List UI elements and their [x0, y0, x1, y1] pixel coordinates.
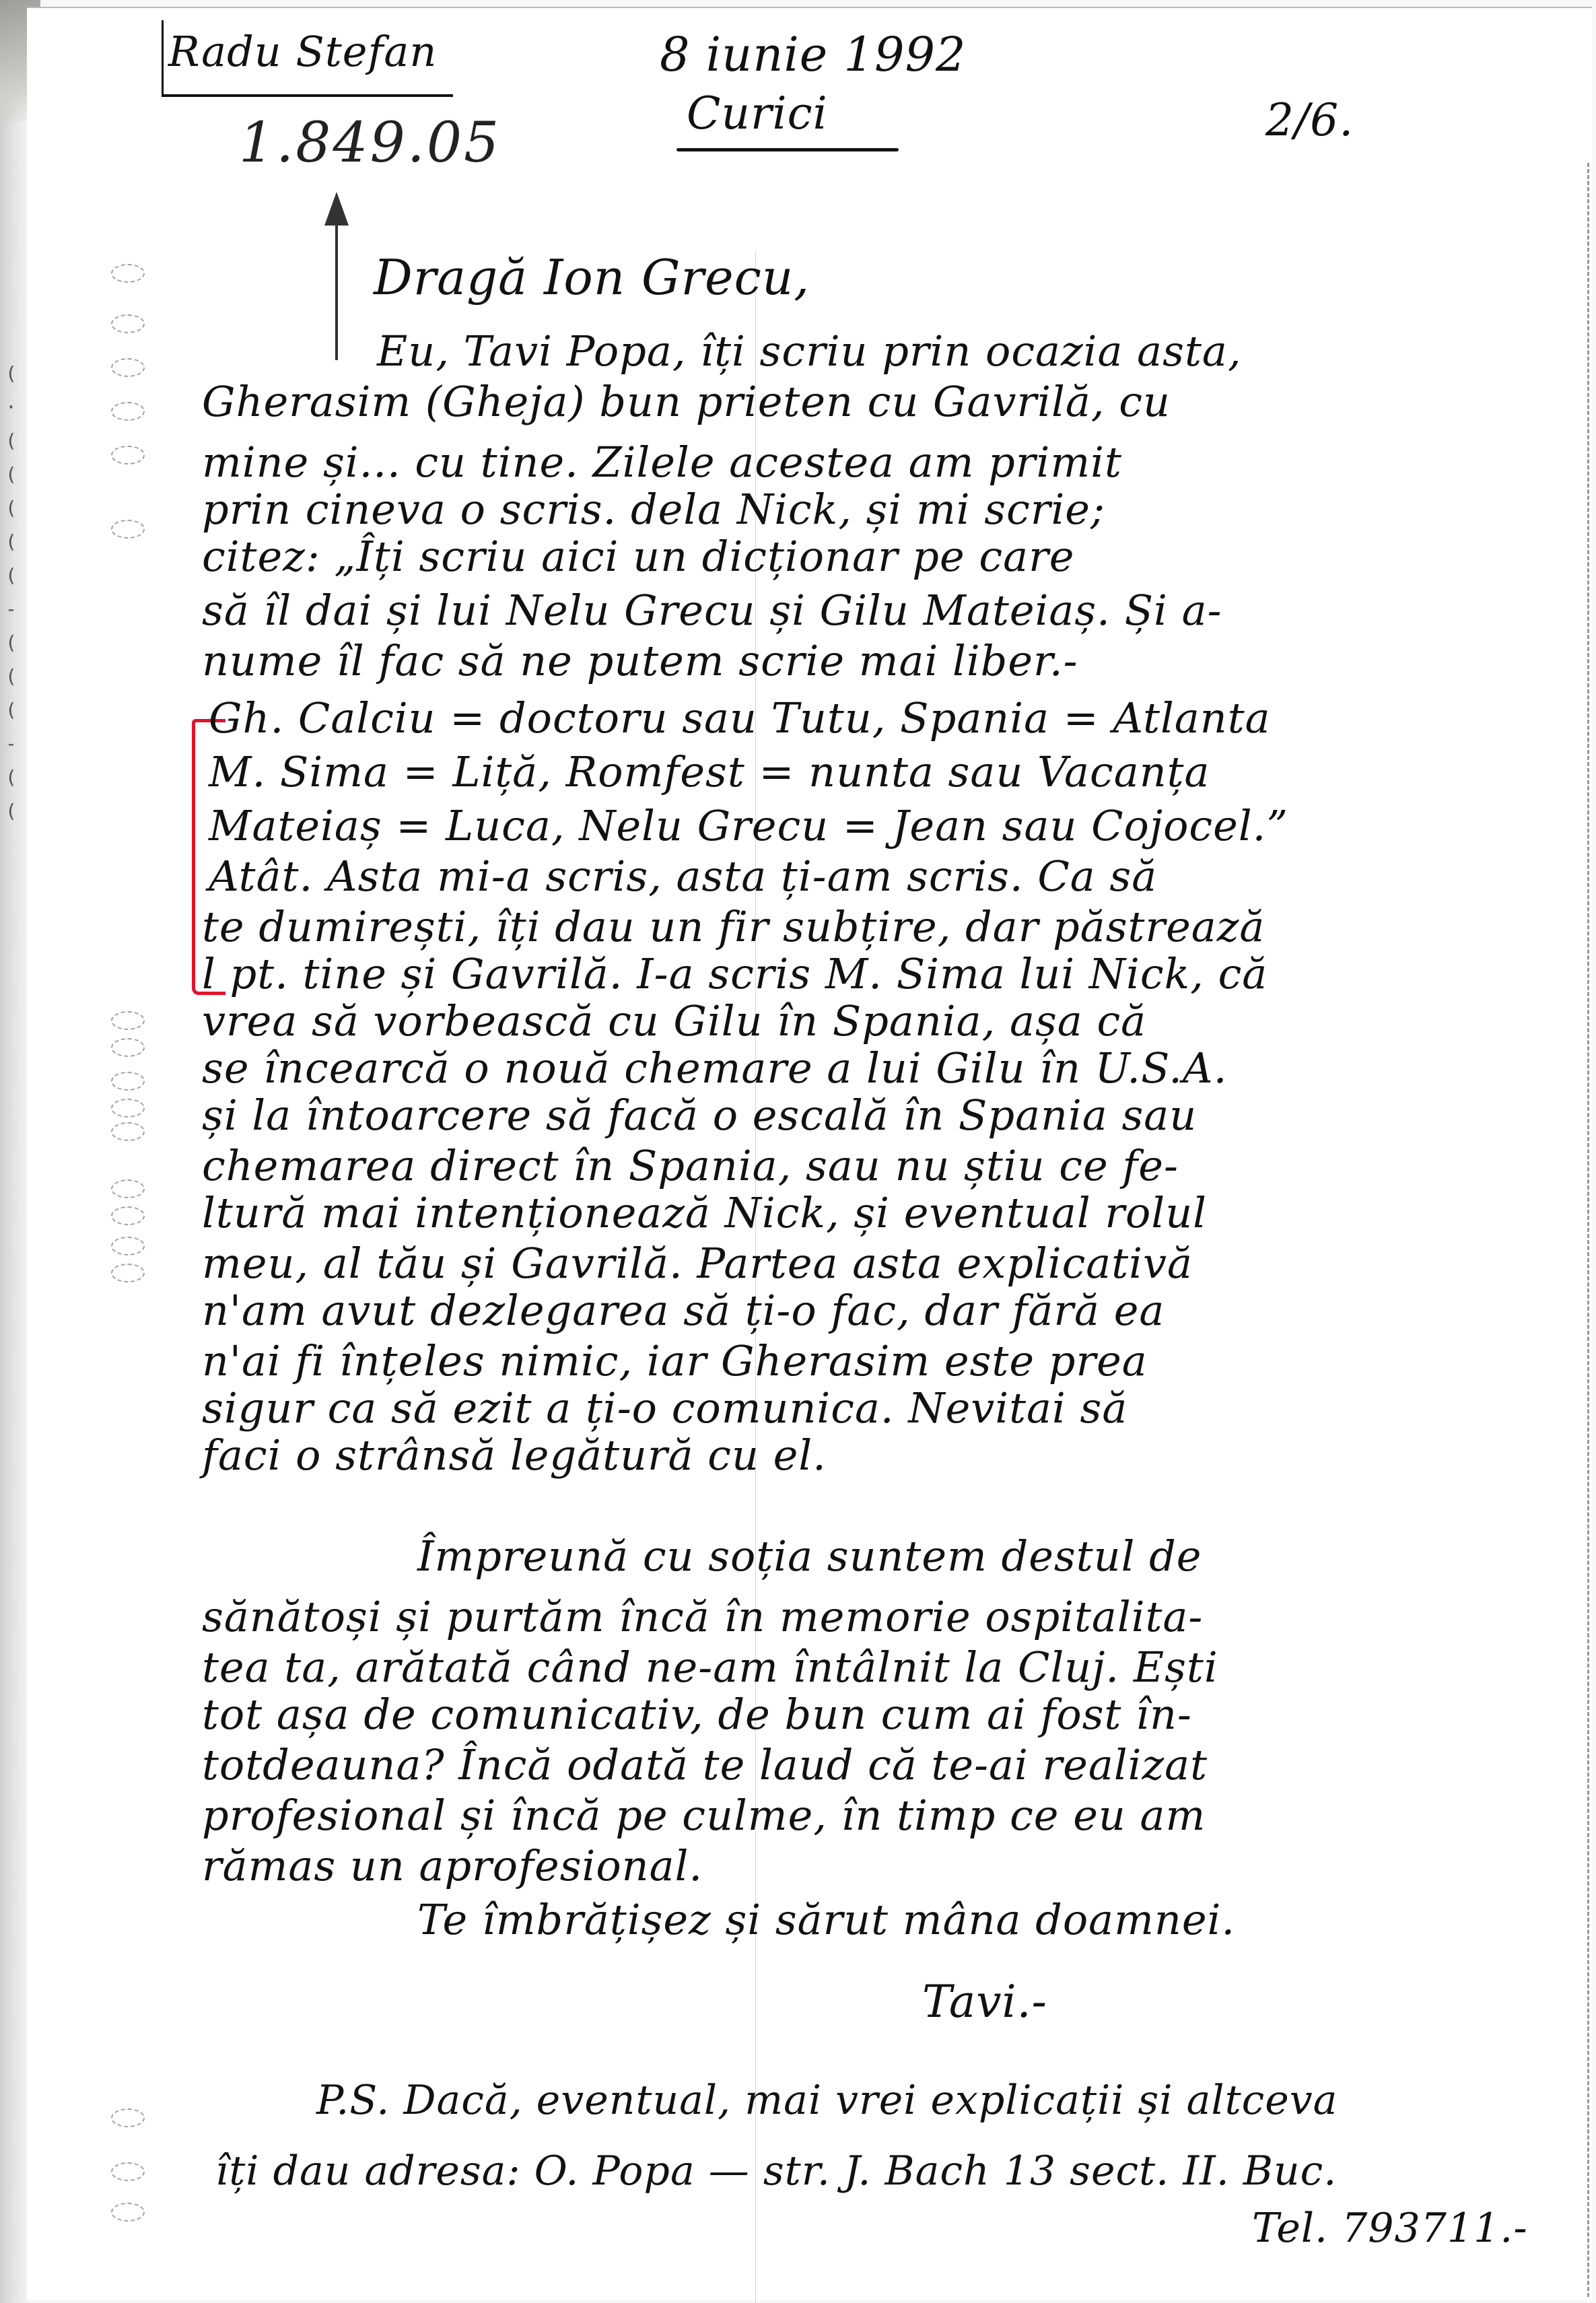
punch-hole: [111, 2162, 145, 2181]
body-line: chemarea direct în Spania, sau nu știu c…: [202, 1141, 1179, 1190]
body-line: ltură mai intenționează Nick, și eventua…: [202, 1188, 1207, 1237]
body-line: sănătoși și purtăm încă în memorie ospit…: [202, 1592, 1203, 1641]
body-line: tot așa de comunicativ, de bun cum ai fo…: [202, 1690, 1192, 1739]
body-line: tea ta, arătată când ne-am întâlnit la C…: [202, 1643, 1218, 1692]
body-line: meu, al tău și Gavrilă. Partea asta expl…: [202, 1239, 1193, 1288]
reference-number: 1.849.05: [239, 111, 501, 175]
page-right-edge: [1587, 163, 1589, 2297]
punch-hole: [111, 264, 145, 283]
body-line: n'ai fi înțeles nimic, iar Gherasim este…: [202, 1336, 1148, 1385]
postscript-line: P.S. Dacă, eventual, mai vrei explicații…: [316, 2077, 1338, 2124]
postscript-phone: Tel. 793711.-: [1252, 2205, 1528, 2252]
body-line: mine și... cu tine. Zilele acestea am pr…: [202, 438, 1122, 487]
body-line: faci o strânsă legătură cu el.: [202, 1431, 827, 1480]
letter-date: 8 iunie 1992: [660, 27, 967, 82]
body-line: rămas un aprofesional.: [202, 1841, 703, 1890]
punch-hole: [111, 1237, 145, 1256]
header-name: Radu Stefan: [168, 27, 437, 76]
punch-hole: [111, 314, 145, 333]
punch-hole: [111, 1038, 145, 1057]
body-line: l pt. tine și Gavrilă. I-a scris M. Sima…: [202, 949, 1268, 998]
body-line: prin cineva o scris. dela Nick, și mi sc…: [202, 485, 1105, 534]
signature: Tavi.-: [922, 1976, 1047, 2028]
code-line: M. Sima = Liță, Romfest = nunta sau Vaca…: [209, 747, 1210, 796]
punch-hole: [111, 520, 145, 539]
punch-hole: [111, 2108, 145, 2127]
adjacent-page-edge-marks: (·(((((-(((-((: [5, 357, 19, 1299]
closing-line: Te îmbrățișez și sărut mâna doamnei.: [417, 1895, 1235, 1944]
punch-hole: [111, 1122, 145, 1141]
arrow-shaft: [335, 199, 338, 360]
body-line: te dumirești, îți dau un fir subțire, da…: [202, 902, 1265, 951]
punch-hole: [111, 1264, 145, 1282]
postscript-address: îți dau adresa: O. Popa — str. J. Bach 1…: [215, 2147, 1337, 2195]
place-underline: [676, 148, 899, 151]
body-line: Gherasim (Gheja) bun prieten cu Gavrilă,…: [202, 377, 1171, 426]
body-line: n'am avut dezlegarea să ți-o fac, dar fă…: [202, 1286, 1165, 1335]
punch-hole: [111, 1011, 145, 1030]
body-line: vrea să vorbească cu Gilu în Spania, așa…: [202, 996, 1146, 1045]
code-line: Gh. Calciu = doctoru sau Tutu, Spania = …: [209, 693, 1271, 743]
punch-hole: [111, 1206, 145, 1225]
body-line: se încearcă o nouă chemare a lui Gilu în…: [202, 1043, 1227, 1093]
body-line: Eu, Tavi Popa, îți scriu prin ocazia ast…: [377, 326, 1242, 376]
punch-hole: [111, 1179, 145, 1198]
body-line: nume îl fac să ne putem scrie mai liber.…: [202, 636, 1078, 685]
code-line: Atât. Asta mi-a scris, asta ți-am scris.…: [209, 852, 1157, 901]
body-line: totdeauna? Încă odată te laud că te-ai r…: [202, 1740, 1208, 1789]
punch-hole: [111, 358, 145, 377]
body-line: citez: „Îți scriu aici un dicționar pe c…: [202, 532, 1074, 581]
letter-place: Curici: [687, 88, 828, 139]
punch-hole: [111, 402, 145, 421]
punch-hole: [111, 1099, 145, 1118]
salutation: Dragă Ion Grecu,: [374, 249, 810, 306]
punch-hole: [111, 2203, 145, 2222]
body-line: și la întoarcere să facă o escală în Spa…: [202, 1091, 1197, 1140]
punch-hole: [111, 1072, 145, 1091]
body-line: sigur ca să ezit a ți-o comunica. Nevita…: [202, 1383, 1127, 1433]
page-number: 2/6.: [1265, 94, 1354, 146]
punch-hole: [111, 446, 145, 465]
body-line: Împreună cu soția suntem destul de: [417, 1532, 1202, 1581]
body-line: să îl dai și lui Nelu Grecu și Gilu Mate…: [202, 586, 1222, 635]
code-line: Mateiaș = Luca, Nelu Grecu = Jean sau Co…: [209, 801, 1288, 850]
body-line: profesional și încă pe culme, în timp ce…: [202, 1791, 1206, 1840]
